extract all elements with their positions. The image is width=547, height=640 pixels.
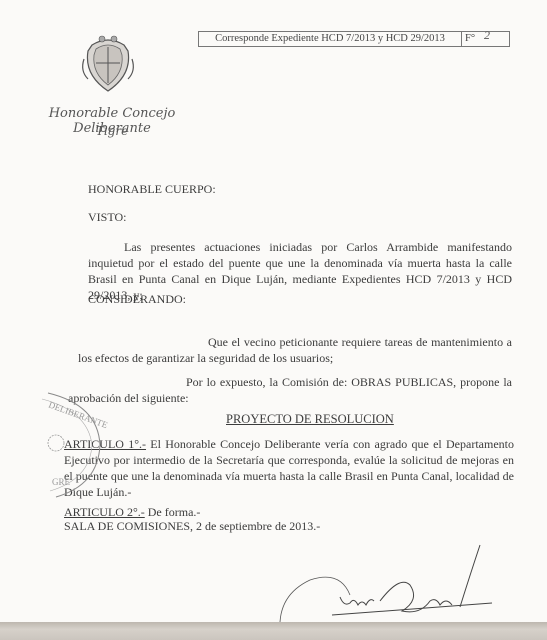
expediente-reference: Corresponde Expediente HCD 7/2013 y HCD … <box>199 32 462 46</box>
folio-label: F° <box>465 32 475 46</box>
salutation: HONORABLE CUERPO: <box>88 182 216 197</box>
article-1: ARTICULO 1°.- El Honorable Concejo Delib… <box>64 436 514 500</box>
svg-text:GRE: GRE <box>52 477 71 487</box>
considerando-paragraph-2: Por lo expuesto, la Comisión de: OBRAS P… <box>68 374 512 406</box>
article-2-text: De forma.- <box>148 505 201 519</box>
article-2: ARTICULO 2°.- De forma.- <box>64 505 200 520</box>
article-2-label: ARTICULO 2°.- <box>64 505 145 519</box>
document-page: Corresponde Expediente HCD 7/2013 y HCD … <box>0 0 547 640</box>
folio-number: 2 <box>484 28 490 42</box>
organization-city: Tigre <box>22 124 202 138</box>
considerando-heading: CONSIDERANDO: <box>88 292 186 307</box>
project-title: PROYECTO DE RESOLUCION <box>226 412 394 427</box>
considerando-paragraph-1: Que el vecino peticionante requiere tare… <box>78 334 512 366</box>
official-seal-icon: DELIBERANTE GRE <box>38 385 108 505</box>
expediente-reference-box: Corresponde Expediente HCD 7/2013 y HCD … <box>198 31 510 47</box>
handwritten-signature-icon <box>270 535 510 635</box>
coat-of-arms-icon <box>78 35 138 95</box>
svg-text:DELIBERANTE: DELIBERANTE <box>47 399 108 430</box>
closing-line: SALA DE COMISIONES, 2 de septiembre de 2… <box>64 519 320 534</box>
scan-edge <box>0 622 547 640</box>
visto-heading: VISTO: <box>88 210 126 225</box>
